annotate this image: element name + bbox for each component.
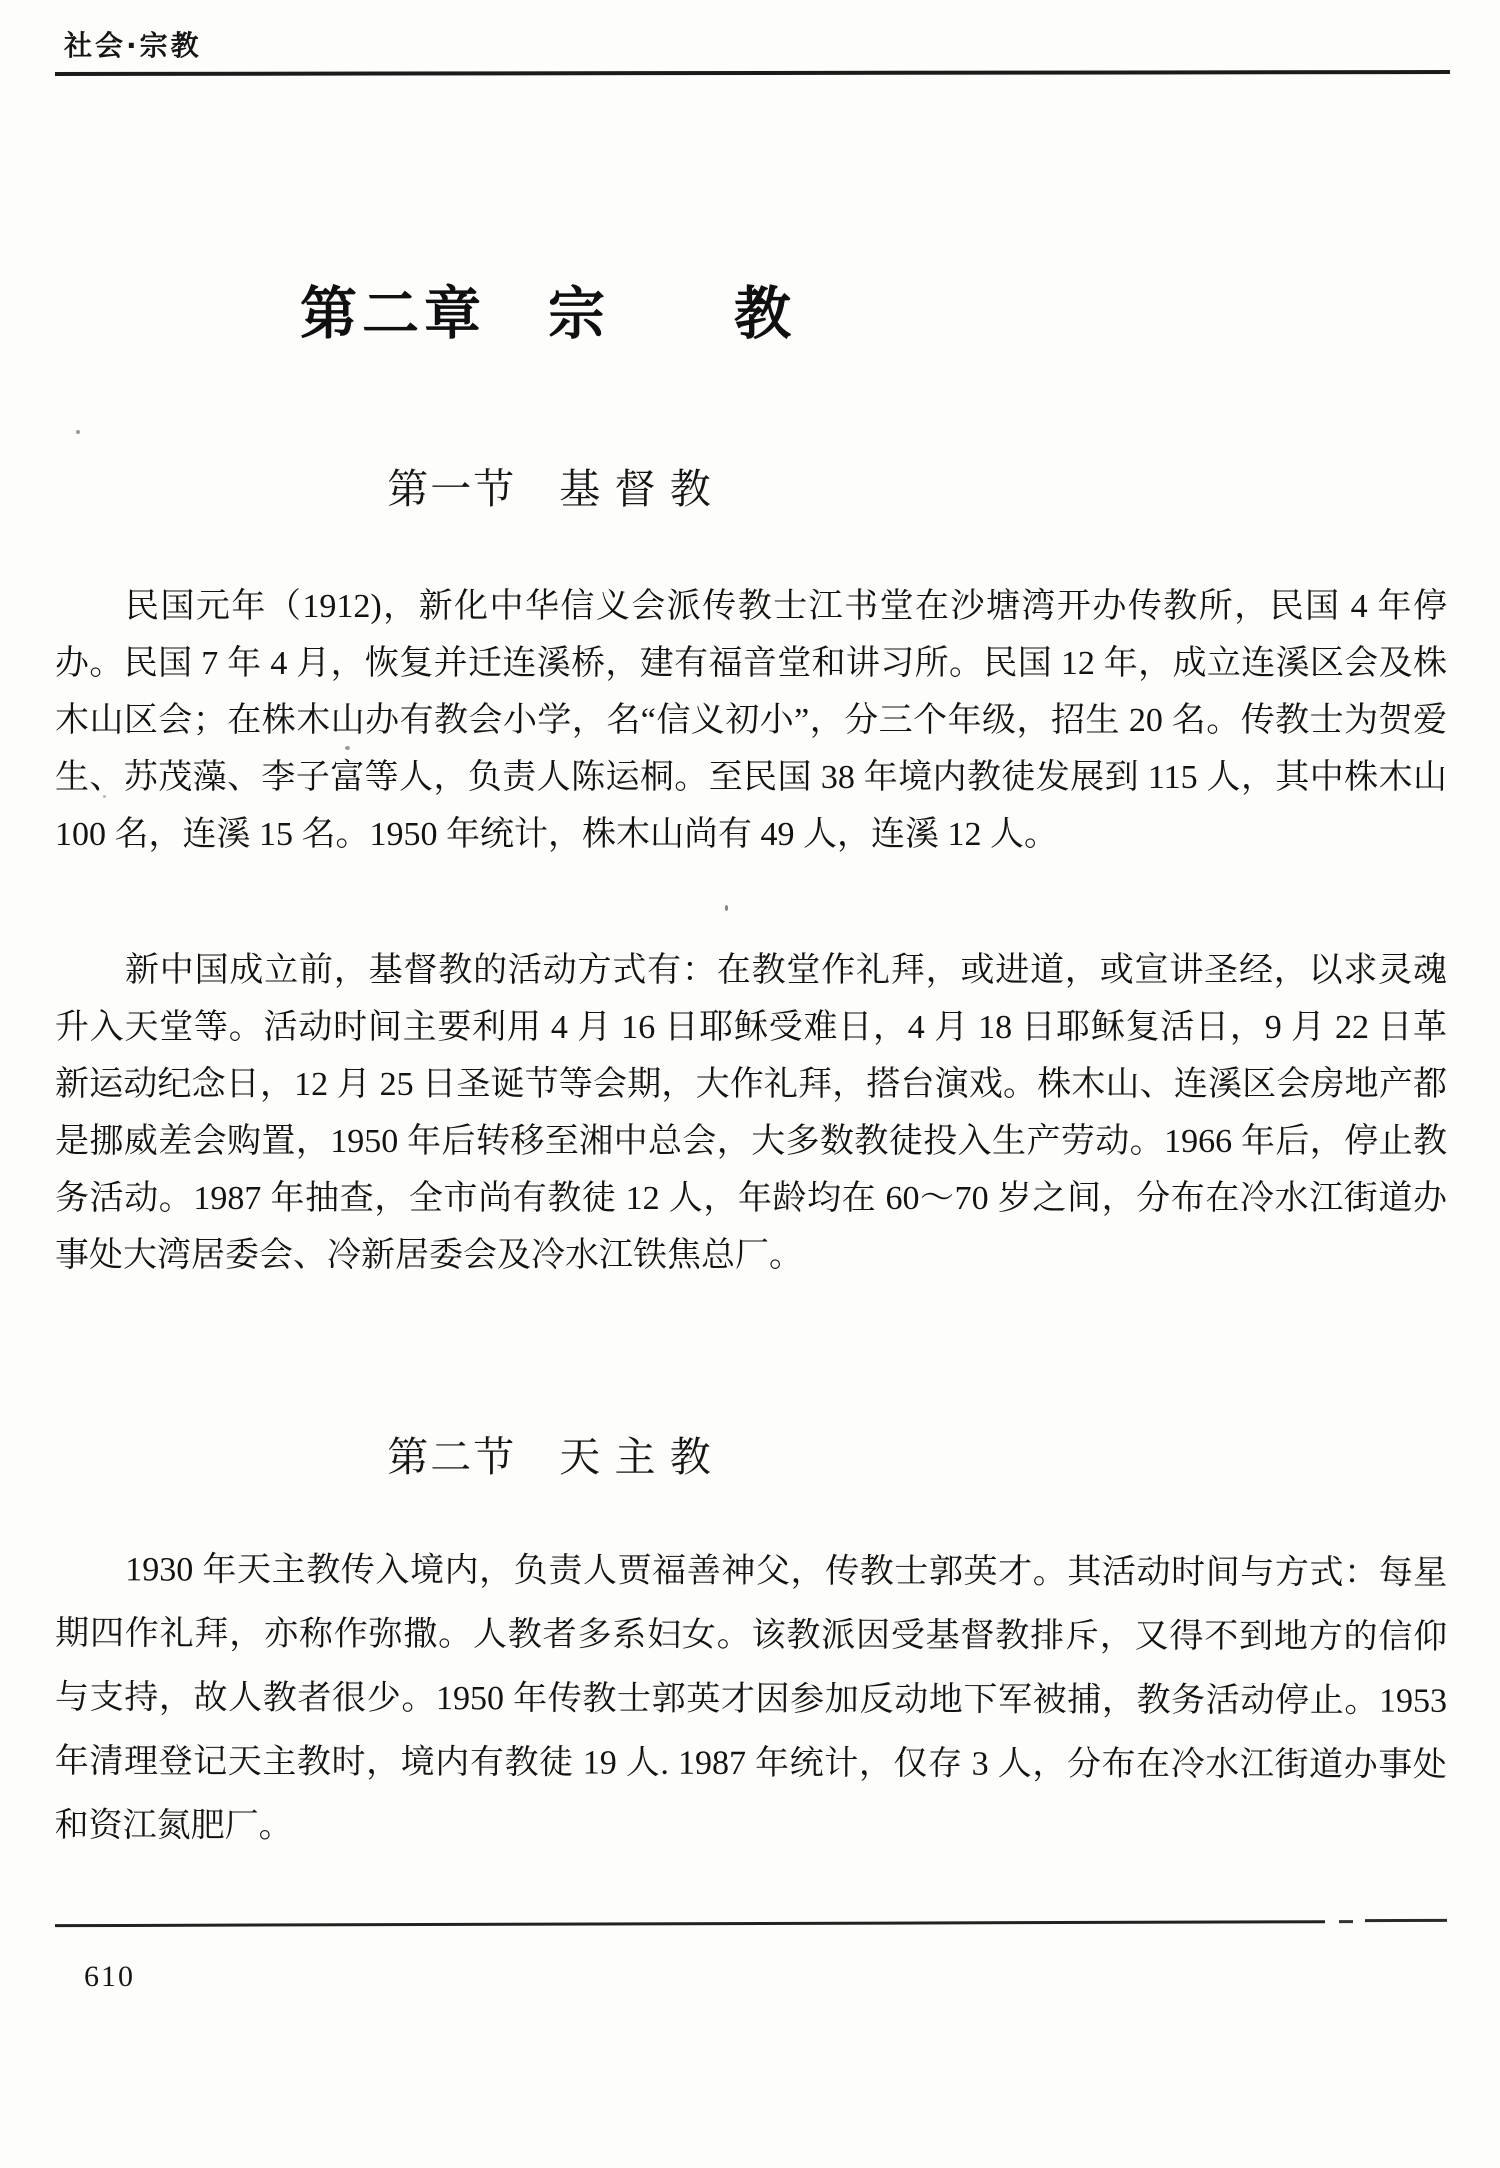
scan-speck	[76, 430, 80, 434]
body-paragraph-1: 民国元年（1912)，新化中华信义会派传教士江书堂在沙塘湾开办传教所，民国 4 …	[55, 578, 1447, 863]
footer-rule-dash	[1365, 1919, 1447, 1922]
scan-speck	[103, 795, 106, 798]
page-number: 610	[84, 1960, 135, 1994]
chapter-title: 第二章 宗 教	[0, 268, 1096, 350]
scanned-book-page: 社会·宗教 第二章 宗 教 第一节 基 督 教 民国元年（1912)，新化中华信…	[0, 0, 1500, 2168]
scan-speck	[610, 1087, 613, 1090]
header-rule	[55, 70, 1450, 76]
running-header-title: 社会·宗教	[64, 24, 202, 64]
scan-speck	[725, 905, 728, 911]
section-1-heading: 第一节 基 督 教	[0, 456, 1100, 515]
body-paragraph-3: 1930 年天主教传入境内，负责人贾福善神父，传教士郭英才。其活动时间与方式：每…	[55, 1538, 1448, 1862]
body-paragraph-2: 新中国成立前，基督教的活动方式有：在教堂作礼拜，或进道，或宣讲圣经，以求灵魂升入…	[55, 942, 1447, 1284]
footer-rule-dot	[1339, 1920, 1353, 1923]
scan-speck	[345, 746, 350, 750]
footer-rule-main	[55, 1920, 1325, 1927]
section-2-heading: 第二节 天 主 教	[0, 1424, 1100, 1483]
footer-rule	[55, 1920, 1447, 1928]
